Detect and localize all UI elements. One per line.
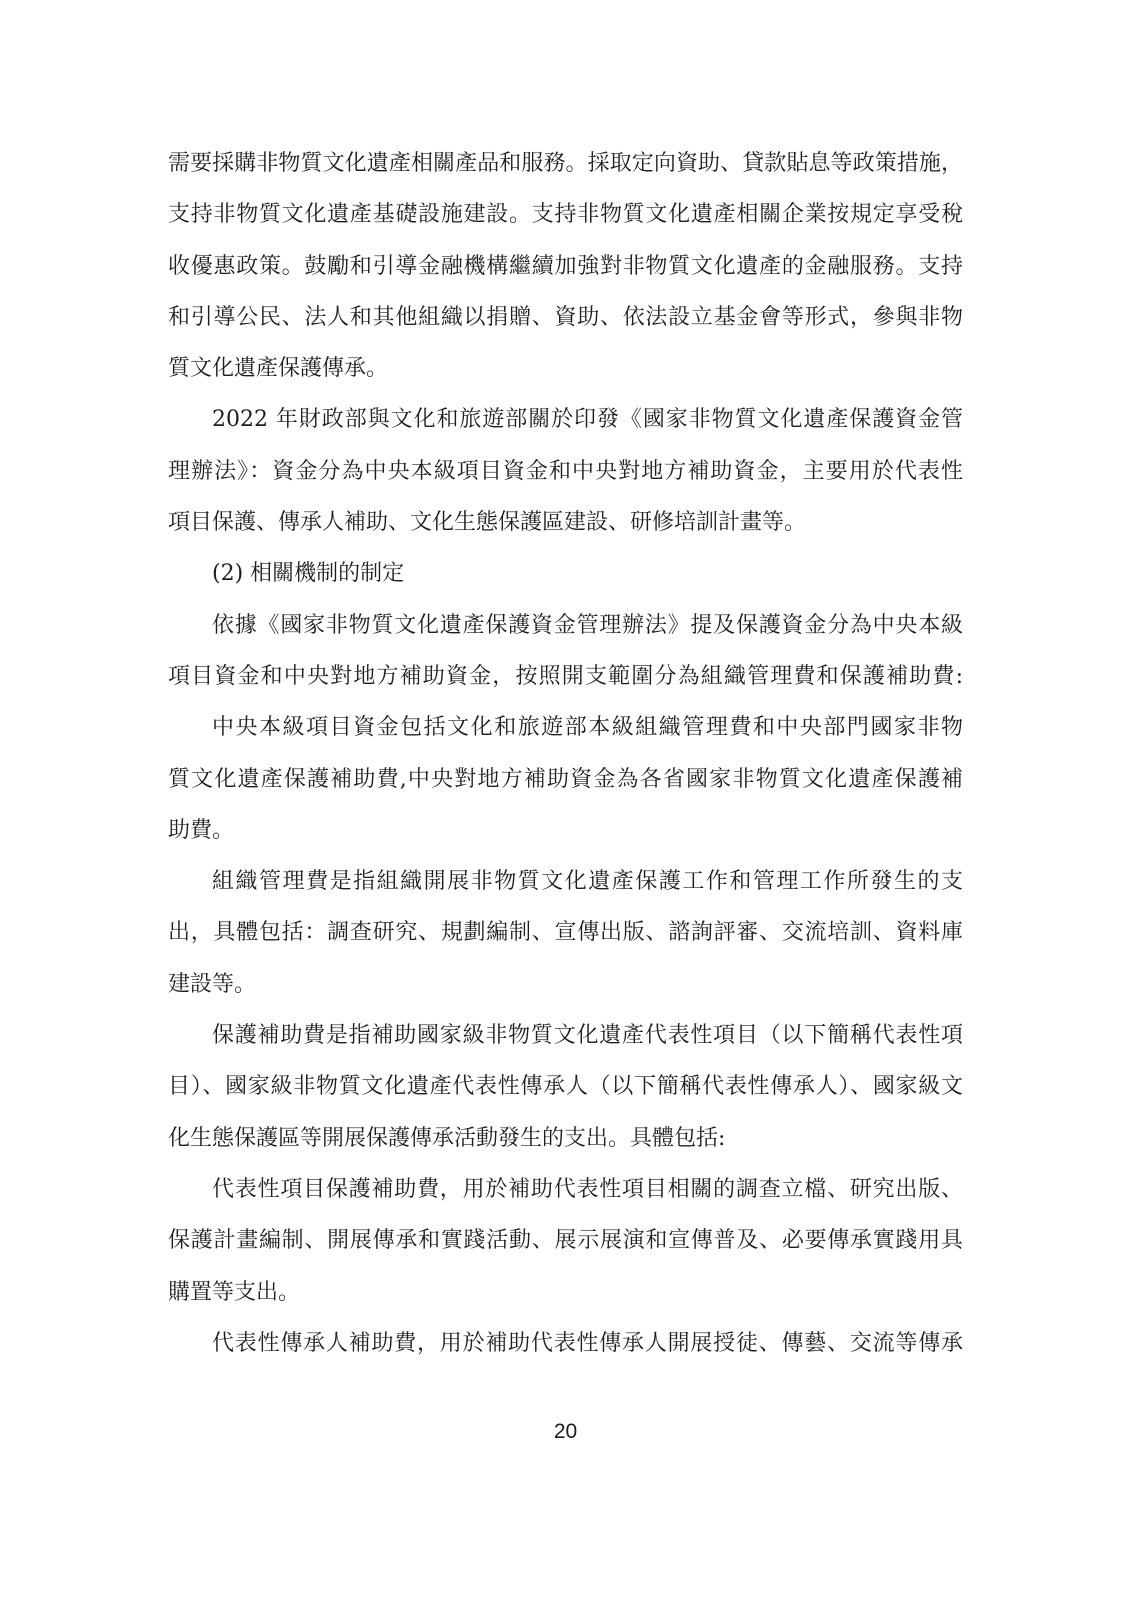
text-line: 收優惠政策。鼓勵和引導金融機構繼續加強對非物質文化遺產的金融服務。支持	[168, 241, 963, 292]
text-line: 質文化遺產保護補助費,中央對地方補助資金為各省國家非物質文化遺產保護補	[168, 754, 963, 805]
text-line: 代表性項目保護補助費，用於補助代表性項目相關的調查立檔、研究出版、	[168, 1164, 963, 1215]
text-line: 理辦法》：資金分為中央本級項目資金和中央對地方補助資金，主要用於代表性	[168, 446, 963, 497]
text-line: 項目資金和中央對地方補助資金，按照開支範圍分為組織管理費和保護補助費:	[168, 651, 963, 702]
text-line: 代表性傳承人補助費，用於補助代表性傳承人開展授徒、傳藝、交流等傳承	[168, 1318, 963, 1369]
text-line: 和引導公民、法人和其他組織以捐贈、資助、依法設立基金會等形式，參與非物	[168, 292, 963, 343]
text-line: 2022 年財政部與文化和旅遊部關於印發《國家非物質文化遺產保護資金管	[168, 394, 963, 445]
document-page: 需要採購非物質文化遺產相關產品和服務。採取定向資助、貸款貼息等政策措施，支持非物…	[0, 0, 1131, 1600]
text-line: 保護補助費是指補助國家級非物質文化遺產代表性項目（以下簡稱代表性項	[168, 1010, 963, 1061]
text-line: (2) 相關機制的制定	[168, 548, 963, 599]
text-line: 組織管理費是指組織開展非物質文化遺產保護工作和管理工作所發生的支	[168, 856, 963, 907]
text-line: 建設等。	[168, 959, 963, 1010]
text-block: 需要採購非物質文化遺產相關產品和服務。採取定向資助、貸款貼息等政策措施，支持非物…	[168, 138, 963, 1369]
text-line: 質文化遺產保護傳承。	[168, 343, 963, 394]
text-line: 助費。	[168, 805, 963, 856]
text-line: 保護計畫編制、開展傳承和實踐活動、展示展演和宣傳普及、必要傳承實踐用具	[168, 1215, 963, 1266]
text-line: 中央本級項目資金包括文化和旅遊部本級組織管理費和中央部門國家非物	[168, 702, 963, 753]
page-number: 20	[0, 1420, 1131, 1444]
text-line: 出，具體包括：調查研究、規劃編制、宣傳出版、諮詢評審、交流培訓、資料庫	[168, 907, 963, 958]
text-line: 需要採購非物質文化遺產相關產品和服務。採取定向資助、貸款貼息等政策措施，	[168, 138, 963, 189]
text-line: 項目保護、傳承人補助、文化生態保護區建設、研修培訓計畫等。	[168, 497, 963, 548]
text-line: 購置等支出。	[168, 1267, 963, 1318]
text-line: 支持非物質文化遺產基礎設施建設。支持非物質文化遺產相關企業按規定享受稅	[168, 189, 963, 240]
text-line: 化生態保護區等開展保護傳承活動發生的支出。具體包括:	[168, 1113, 963, 1164]
text-line: 依據《國家非物質文化遺產保護資金管理辦法》提及保護資金分為中央本級	[168, 600, 963, 651]
text-line: 目）、國家級非物質文化遺產代表性傳承人（以下簡稱代表性傳承人）、國家級文	[168, 1061, 963, 1112]
